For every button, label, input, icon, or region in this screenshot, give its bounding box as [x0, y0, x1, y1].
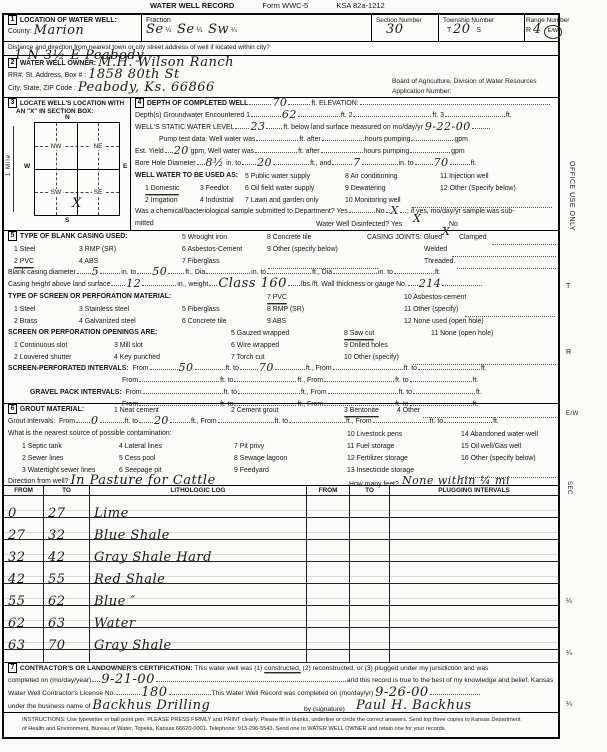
pump-after: ft. after [299, 136, 320, 143]
weight-label: in., weight [177, 281, 208, 288]
use-option-9: 9 Dewatering [345, 183, 386, 194]
contamination-label: What is the nearest source of possible c… [8, 430, 172, 437]
yield-label: Est. Yield [135, 148, 164, 155]
blank-diam-to-value: 50 [152, 265, 167, 278]
section-2-owner: 2WATER WELL OWNER: M.H. Wilson Ranch RR#… [4, 56, 558, 98]
screen-option-6: 6 Concrete tile [182, 316, 226, 327]
static-level-value: 23 [250, 120, 265, 133]
contam-option-5: 5 Cess pool [119, 453, 155, 464]
water-well-record-document: WATER WELL RECORD Form WWC-5 KSA 82a-121… [0, 0, 607, 752]
gpi-ft-end: ft. [476, 389, 482, 396]
casing-option-8: 8 Concrete tile [267, 232, 311, 243]
blank-dia-label-2: ft., Dia [312, 269, 332, 276]
screen-option-1: 1 Steel [14, 304, 35, 315]
strip-quarter-3: ¼ [566, 701, 572, 708]
header-from-1: FROM [4, 486, 44, 495]
gi-to3: ft. to [430, 418, 443, 425]
section-1-number: 1 [8, 15, 17, 25]
section-7-number: 7 [8, 663, 17, 673]
strip-quarter-2: ¼ [566, 650, 572, 657]
static-level-label: WELL'S STATIC WATER LEVEL [135, 124, 234, 131]
use-option-12: 12 Other (Specify below) [440, 183, 516, 194]
form-statute: KSA 82a-1212 [336, 1, 384, 10]
table-row: 5562Blue ″ [4, 584, 558, 606]
screen-option-7-pvc-selected: 7 PVC [267, 292, 287, 303]
gi-to-label: ft. to [125, 418, 138, 425]
contam-option-15: 15 Oil well/Gas well [461, 441, 521, 452]
groundwater-1-value: 62 [282, 108, 297, 121]
gpi-to2: ft. to [399, 389, 412, 396]
quadrant-se: SE [77, 169, 119, 215]
compass-n: N [65, 114, 70, 121]
openings-title: SCREEN OR PERFORATION OPENINGS ARE: [8, 329, 157, 336]
section-5-number: 5 [8, 231, 17, 241]
screen-option-3: 3 Stainless steel [79, 304, 129, 315]
section-4-well-data: 4DEPTH OF COMPLETED WELL70ft. ELEVATION:… [131, 98, 558, 231]
quadrant-nw: NW [35, 123, 77, 169]
section-6-number: 6 [8, 404, 17, 414]
distance-row: Distance and direction from nearest town… [4, 41, 558, 57]
range-value: 4 [533, 22, 542, 37]
depth-label: DEPTH OF COMPLETED WELL [147, 100, 248, 107]
section-2-number: 2 [8, 58, 17, 68]
township-t: T [447, 27, 451, 34]
grout-option-3-bentonite-selected: 3 Bentonite [344, 405, 379, 416]
table-row: 2732Blue Shale [4, 518, 558, 540]
opening-option-3: 3 Mill slot [114, 340, 143, 351]
spi2-ft-end: ft. [473, 377, 479, 384]
use-option-7: 7 Lawn and garden only [245, 195, 319, 206]
spi-from-label: From [132, 365, 148, 372]
license-label: Water Well Contractor's License No. [8, 690, 115, 697]
section-1-location: 1LOCATION OF WATER WELL: County: Marion … [4, 15, 558, 56]
gi-ftfrom: ft., From [191, 418, 217, 425]
use-option-1-domestic-selected: 1 Domestic [145, 183, 179, 194]
strip-ew-label: E/W [566, 411, 579, 417]
section-5-casing: 5TYPE OF BLANK CASING USED:5 Wrought iro… [4, 231, 558, 404]
spi-to-label: ft. to [226, 365, 239, 372]
business-name-value: Backhus Drilling [92, 698, 210, 713]
header-to-1: TO [44, 486, 90, 495]
contam-option-7: 7 Pit privy [234, 441, 264, 452]
use-option-8: 8 Air conditioning [345, 171, 397, 182]
spi-to-value: 70 [259, 361, 274, 374]
opening-option-4: 4 Key punched [114, 352, 160, 363]
quadrant-se-label: SE [92, 189, 105, 196]
section-3-4: 3LOCATE WELL'S LOCATION WITH AN "X" IN S… [4, 98, 558, 231]
groundwater-label: Depth(s) Groundwater Encountered 1 [135, 112, 250, 119]
mile-line [13, 126, 14, 212]
screen-material-title: TYPE OF SCREEN OR PERFORATION MATERIAL: [8, 293, 171, 300]
form-title: WATER WELL RECORD [150, 1, 234, 10]
grout-intervals-label: Grout Intervals: [8, 418, 55, 425]
owner-label: WATER WELL OWNER: [20, 60, 96, 67]
spi2-from: From [122, 377, 138, 384]
office-use-strip: OFFICE USE ONLY T R E/W SEC ¼ ¼ ¼ [560, 13, 606, 739]
contam-option-10: 10 Livestock pens [347, 429, 402, 440]
header-plugging-intervals: PLUGGING INTERVALS [390, 486, 558, 495]
casing-option-5: 5 Wrought iron [182, 232, 227, 243]
screen-option-10: 10 Asbestos-cement [404, 292, 466, 303]
opening-option-1: 1 Continuous slot [14, 340, 67, 351]
bore-ft: ft. [471, 160, 477, 167]
yield-mid: gpm, Well water was [191, 148, 254, 155]
pump-gpm: gpm [454, 136, 467, 143]
section-4-number: 4 [135, 98, 144, 108]
disinfected-no-label: No [449, 219, 458, 230]
gpi-to: ft. to [224, 389, 237, 396]
casing-joints-label: CASING JOINTS: Glued [367, 232, 442, 243]
spi-to2: ft. to [404, 365, 417, 372]
opening-option-11: 11 None (open hole) [431, 328, 493, 339]
gi-to-value: 20 [154, 414, 169, 427]
use-option-11: 11 Injection well [440, 171, 489, 182]
quadrant-nw-label: NW [49, 143, 64, 150]
application-number-label: Application Number: [392, 88, 451, 95]
fraction-cell: Fraction Se ¼ Se ¼ Sw ¼ [142, 15, 372, 41]
grout-option-1: 1 Neat cement [114, 405, 159, 416]
yield-gpm: gpm [451, 148, 464, 155]
mitted-label: mitted [135, 220, 154, 227]
groundwater-ft2: ft. 2 [341, 112, 353, 119]
use-option-5: 5 Public water supply [245, 171, 310, 182]
header-from-2: FROM [307, 486, 350, 495]
blank-diam-label: Blank casing diameter [8, 269, 76, 276]
table-row: 6263Water [4, 606, 558, 628]
elevation-label: ft. ELEVATION: [311, 100, 358, 107]
sample-no-x-mark: X [391, 204, 399, 217]
range-cell: Range Number R 4 E/W [525, 15, 560, 41]
quarter-3: ¼ [231, 27, 237, 34]
fraction-2: Se [177, 22, 195, 37]
opening-option-10: 10 Other (specify) [344, 352, 399, 363]
yield-pumping: hours pumping [364, 148, 410, 155]
form-number: Form WWC-5 [262, 1, 308, 10]
screen-option-2: 2 Brass [14, 316, 37, 327]
section-number-cell: Section Number 30 [372, 15, 439, 41]
blank-diam-into: in. to [121, 269, 136, 276]
contam-option-1: 1 Septic tank [22, 441, 62, 452]
table-row: 027Lime [4, 496, 558, 518]
spi2-to2: ft. to [395, 377, 408, 384]
blank-diam-value: 5 [92, 265, 100, 278]
grout-option-2: 2 Cement grout [231, 405, 279, 416]
contam-option-4: 4 Lateral lines [119, 441, 162, 452]
bore-diameter-2: 7 [353, 156, 361, 169]
grout-title: GROUT MATERIAL: [20, 406, 84, 413]
contam-option-16: 16 Other (specify below) [461, 453, 536, 464]
form-body: 1LOCATION OF WATER WELL: County: Marion … [2, 13, 560, 739]
form-title-bar: WATER WELL RECORD Form WWC-5 KSA 82a-121… [150, 1, 411, 10]
use-option-4: 4 Industrial [200, 195, 234, 206]
spi2-to: ft. to [220, 377, 233, 384]
use-option-2: 2 Irrigation [145, 195, 178, 206]
contam-option-11: 11 Fuel storage [347, 441, 394, 452]
township-cell: Township Number T 20 S [439, 15, 525, 41]
compass-w: W [24, 163, 30, 170]
casing-title: TYPE OF BLANK CASING USED: [20, 233, 128, 240]
casing-option-2-pvc-selected: 2 PVC [14, 256, 34, 267]
blank-ft-end: ft. [435, 269, 441, 276]
gi-from-value: 0 [91, 414, 99, 427]
wall-label: lbs./ft. Wall thickness or gauge No. [301, 281, 407, 288]
instructions-block: INSTRUCTIONS: Use typewriter or ball poi… [4, 713, 558, 733]
quarter-2: ¼ [197, 27, 203, 34]
screen-option-11: 11 Other (specify) [404, 304, 458, 315]
disinfected-question: Water Well Disinfected? Yes [316, 219, 402, 230]
opening-option-2: 2 Louvered shutter [14, 352, 71, 363]
casing-option-3: 3 RMP (SR) [79, 244, 116, 255]
compass-e: E [123, 163, 127, 170]
mile-label: 1 Mile [6, 154, 12, 176]
township-s: S [476, 27, 481, 34]
county-cell: 1LOCATION OF WATER WELL: County: Marion [4, 15, 142, 41]
gi-to2: ft. to [275, 418, 288, 425]
weight-value: Class 160 [218, 276, 287, 291]
static-level-mid: ft. below land surface measured on mo/da… [283, 124, 422, 131]
header-to-2: TO [350, 486, 390, 495]
office-use-only-label: OFFICE USE ONLY [568, 161, 575, 231]
bore-depth-1: 20 [257, 156, 272, 169]
gi-ftfrom2: ft., From [346, 418, 372, 425]
cert-line1-pre: This water well was (1) [194, 665, 262, 672]
instructions-line-2: of Health and Environment, Bureau of Wat… [22, 725, 548, 734]
section-grid: NW NE SW SE X [34, 122, 120, 216]
casing-height-value: 12 [126, 277, 141, 290]
casing-option-6: 6 Asbestos-Cement [182, 244, 242, 255]
bore-label: Bore Hole Diameter [135, 160, 196, 167]
compass-s: S [65, 217, 69, 224]
yield-value: 20 [174, 144, 189, 157]
address-label: RR#, St. Address, Box # : [8, 72, 86, 79]
strip-quarter-1: ¼ [566, 598, 572, 605]
quadrant-ne: NE [77, 123, 119, 169]
table-row: 4255Red Shale [4, 562, 558, 584]
quarter-1: ¼ [166, 27, 172, 34]
fraction-3: Sw [208, 22, 229, 37]
gpi-from: From [125, 389, 141, 396]
bore-and: ft., and [310, 160, 331, 167]
casing-option-1: 1 Steel [14, 244, 35, 255]
cert-line1-post: (2) reconstructed, or (3) plugged under … [303, 665, 489, 672]
agency-text: Board of Agriculture, Division of Water … [392, 78, 537, 85]
spi2-ftfrom: ft., From [297, 377, 323, 384]
casing-option-7: 7 Fiberglass [182, 256, 220, 267]
range-r: R [526, 27, 531, 34]
contam-option-12: 12 Fertilizer storage [347, 453, 408, 464]
table-row: 6370Gray Shale [4, 628, 558, 650]
blank-into-2: in. to [251, 269, 266, 276]
fraction-1: Se [146, 22, 164, 37]
locator-title-2: AN "X" IN SECTION BOX: [16, 108, 93, 115]
section-7-certification: 7CONTRACTOR'S OR LANDOWNER'S CERTIFICATI… [4, 661, 558, 713]
cert-line2-tail: and this record is true to the best of m… [347, 677, 553, 684]
county-label: County: [8, 28, 32, 35]
contam-option-2: 2 Sewer lines [22, 453, 63, 464]
joints-welded-label: Welded [424, 244, 447, 255]
joints-threaded-label: Threaded. [424, 256, 455, 267]
bore-into-1: in. to [226, 160, 241, 167]
grout-option-4: 4 Other [397, 405, 420, 416]
strip-r-label: R [566, 349, 572, 356]
spi-label: SCREEN-PERFORATED INTERVALS: [8, 365, 129, 372]
pump-pumping: hours pumping [365, 136, 411, 143]
spi-ftfrom: ft., From [306, 365, 332, 372]
bore-into-2: in. to [399, 160, 414, 167]
table-row: 3242Gray Shale Hard [4, 540, 558, 562]
strip-sec-label: SEC [566, 481, 572, 495]
certification-title: CONTRACTOR'S OR LANDOWNER'S CERTIFICATIO… [20, 665, 193, 672]
screen-option-9: 9 ABS [267, 316, 286, 327]
opening-option-8-sawcut-selected: 8 Saw cut [344, 328, 374, 339]
opening-option-9: 9 Drilled holes [344, 340, 388, 351]
direction-label: Direction from well? [8, 478, 69, 485]
yield-after: ft. after [298, 148, 319, 155]
contam-option-8: 8 Sewage lagoon [234, 453, 287, 464]
joints-clamped-label: Clamped [459, 232, 487, 243]
lithologic-table: FROM TO LITHOLOGIC LOG FROM TO PLUGGING … [4, 485, 558, 663]
pump-test-label: Pump test data: Well water was [159, 136, 255, 143]
township-value: 20 [453, 22, 471, 37]
groundwater-ft3: ft. 3 [432, 112, 444, 119]
section-6-grout: 6GROUT MATERIAL:1 Neat cement2 Cement gr… [4, 404, 558, 485]
gi-ft-end: ft. [493, 418, 499, 425]
casing-height-label: Casing height above land surface [8, 281, 110, 288]
screen-option-5: 5 Fiberglass [182, 304, 220, 315]
static-level-date: 9-22-00 [425, 120, 471, 133]
contam-option-9: 9 Feedyard [234, 465, 269, 476]
bore-diameter-1: 8½ [206, 156, 225, 169]
record-completed-label: This Water Well Record was completed on … [212, 690, 374, 697]
quadrant-sw: SW [35, 169, 77, 215]
blank-into-3: in. to [378, 269, 393, 276]
gi-from-label: From [59, 418, 75, 425]
opening-option-5: 5 Gauzed wrapped [231, 328, 289, 339]
groundwater-ft: ft. [506, 112, 512, 119]
contam-option-14: 14 Abandoned water well [461, 429, 538, 440]
casing-option-9: 9 Other (specify below) [267, 244, 338, 255]
use-label: WELL WATER TO BE USED AS: [135, 172, 238, 179]
cert-constructed-selected: constructed, [264, 665, 300, 672]
screen-option-4: 4 Galvanized steel [79, 316, 136, 327]
screen-option-12: 12 None used (open hole) [404, 316, 484, 327]
strip-t-label: T [566, 283, 571, 290]
business-name-label: under the business name of [8, 703, 91, 710]
instructions-line-1: INSTRUCTIONS: Use typewriter or ball poi… [22, 716, 548, 725]
table-header-row: FROM TO LITHOLOGIC LOG FROM TO PLUGGING … [4, 485, 558, 496]
screen-option-8: 8 RMP (SR) [267, 304, 304, 315]
gpi-ftfrom: ft., From [301, 389, 327, 396]
spi-from-value: 50 [179, 361, 194, 374]
quadrant-ne-label: NE [91, 143, 104, 150]
city-label: City, State, ZIP Code : [8, 85, 76, 92]
gpi-label: GRAVEL PACK INTERVALS: [30, 389, 122, 396]
use-option-3: 3 Feedlot [200, 183, 229, 194]
blank-dia-label-1: ft., Dia [185, 269, 205, 276]
spi-ft-end: ft. [481, 365, 487, 372]
sample-question: Was a chemical/bacteriological sample su… [135, 208, 348, 215]
use-option-6: 6 Oil field water supply [245, 183, 314, 194]
county-value: Marion [34, 23, 85, 38]
header-lithologic-log: LITHOLOGIC LOG [90, 486, 307, 495]
completed-on-label: completed on (mo/day/year) [8, 677, 91, 684]
bore-depth-2: 70 [434, 156, 449, 169]
section-number-value: 30 [386, 22, 404, 37]
city-value: Peabody, Ks. 66866 [78, 80, 215, 95]
quadrant-sw-label: SW [49, 189, 63, 196]
gauge-value: 214 [419, 277, 442, 290]
sample-tail: ; if yes, mo/day/yr sample was sub- [407, 208, 515, 215]
section-3-locator: 3LOCATE WELL'S LOCATION WITH AN "X" IN S… [4, 98, 131, 231]
opening-option-6: 6 Wire wrapped [231, 340, 279, 351]
sample-no-label: No [376, 208, 385, 215]
